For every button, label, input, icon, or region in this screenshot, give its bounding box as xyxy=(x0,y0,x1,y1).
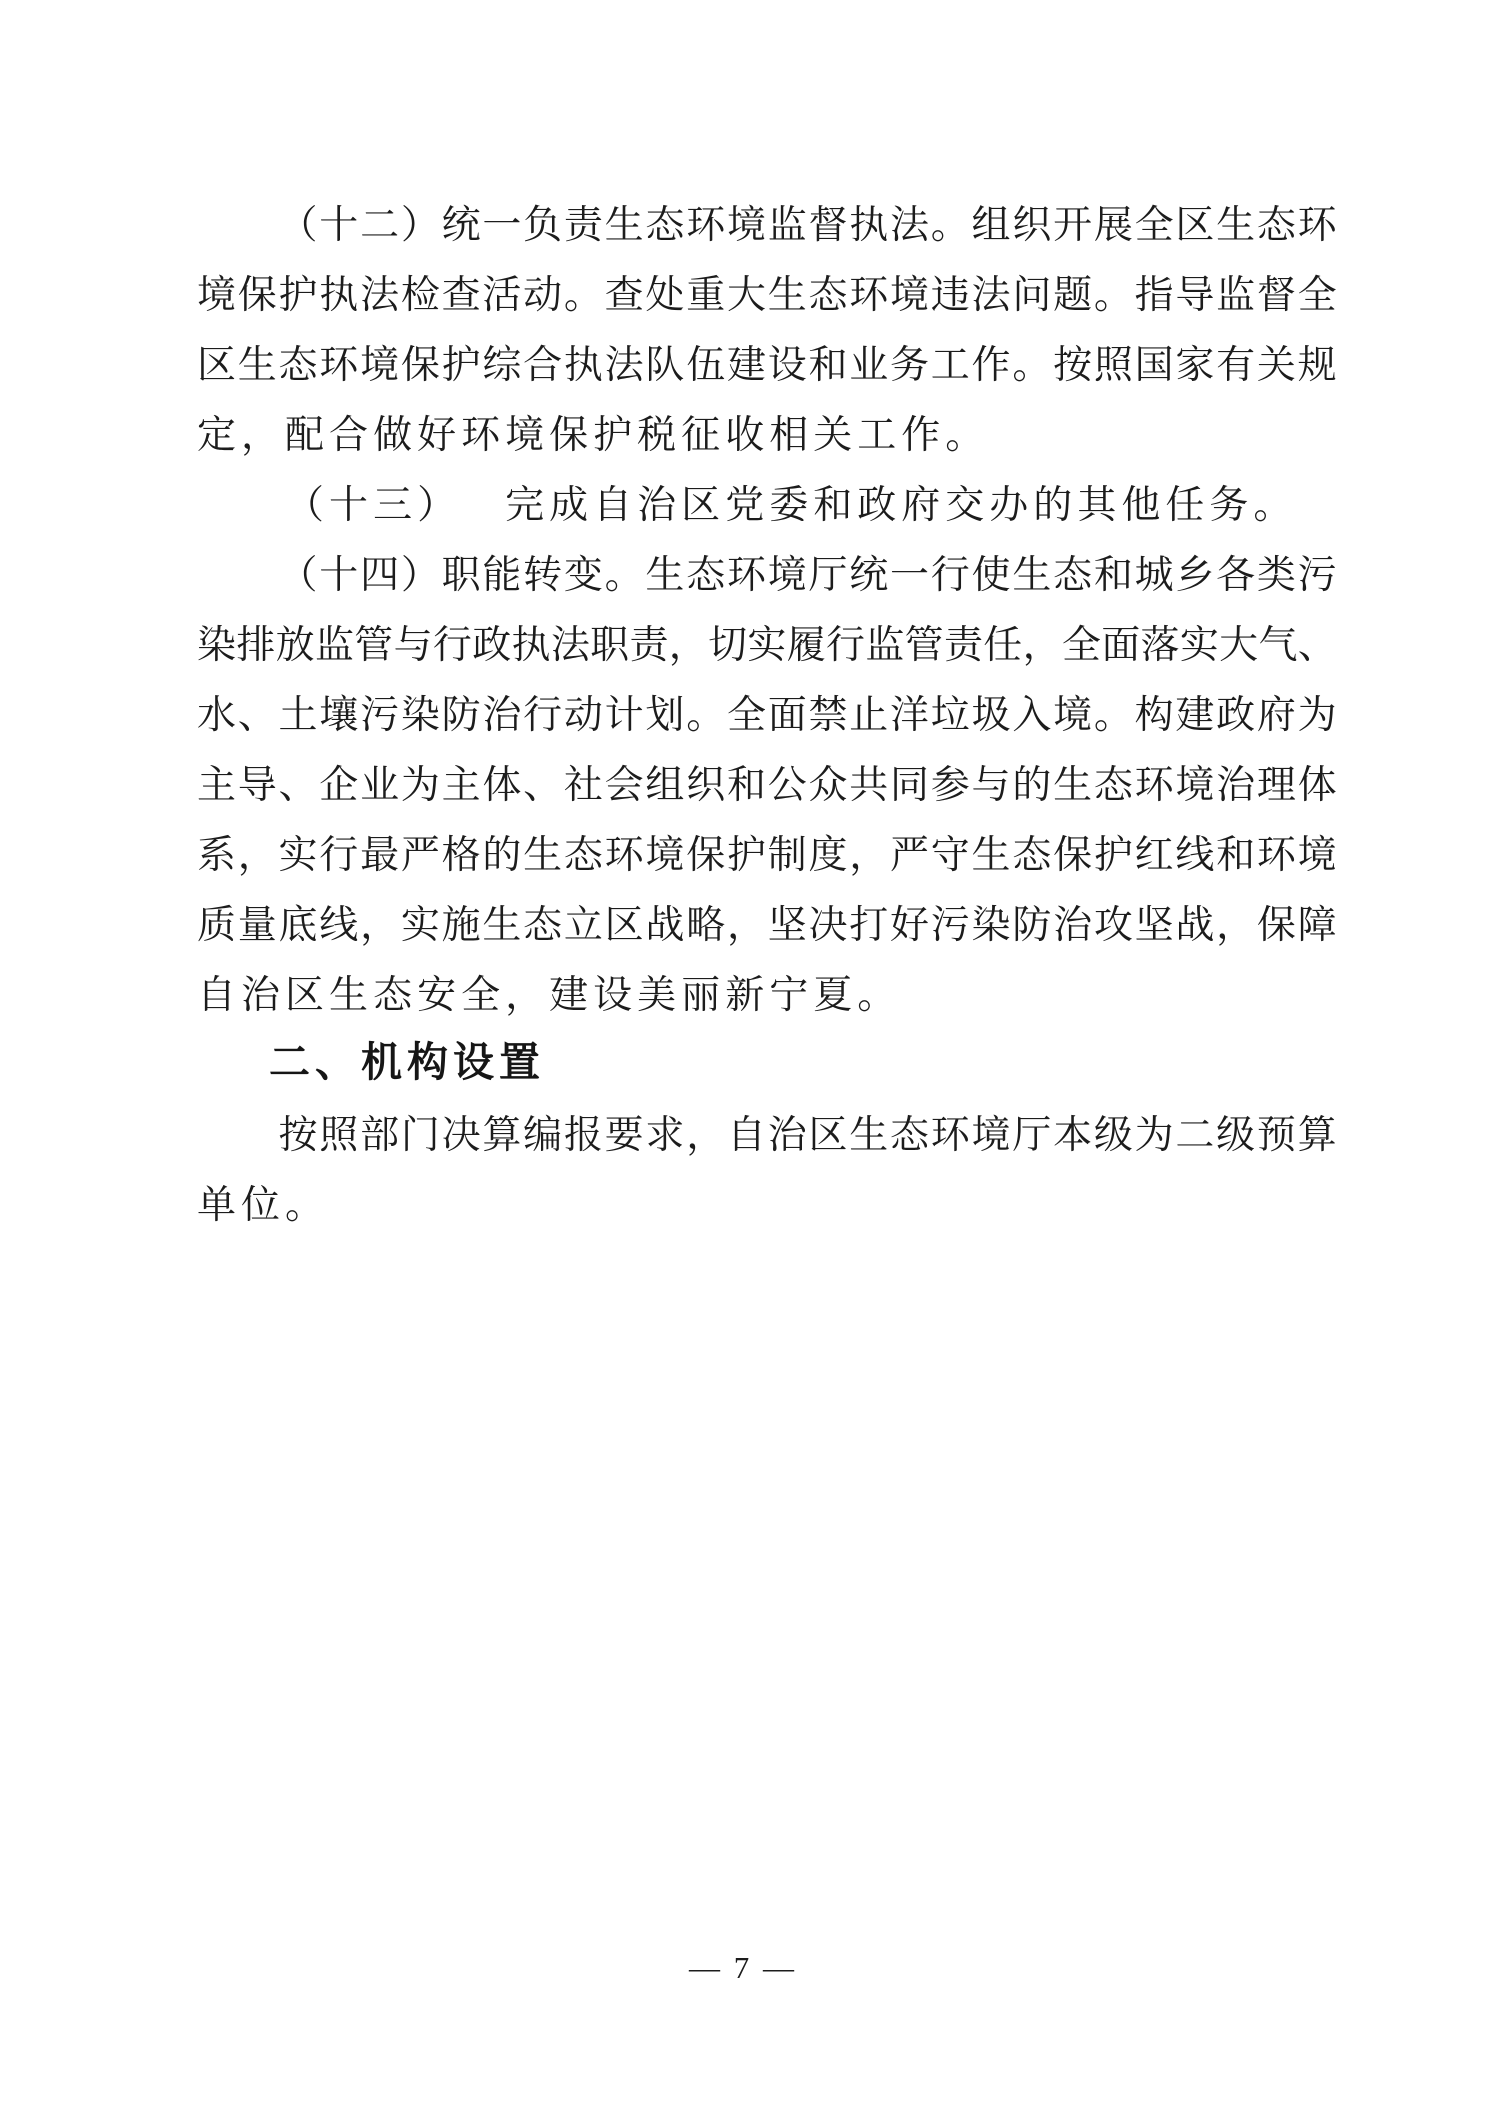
text-line: 单位。 xyxy=(197,1167,1337,1237)
page-footer: — 7 — xyxy=(0,1950,1486,1986)
text-line: 境保护执法检查活动。查处重大生态环境违法问题。指导监督全 xyxy=(197,257,1337,327)
text-line: 定，配合做好环境保护税征收相关工作。 xyxy=(197,397,1337,467)
paragraph-item-twelve: （十二）统一负责生态环境监督执法。组织开展全区生态环境保护执法检查活动。查处重大… xyxy=(197,187,1337,467)
text-line: 自治区生态安全，建设美丽新宁夏。 xyxy=(197,957,1337,1027)
text-line: 按照部门决算编报要求，自治区生态环境厅本级为二级预算 xyxy=(197,1097,1337,1167)
document-page: （十二）统一负责生态环境监督执法。组织开展全区生态环境保护执法检查活动。查处重大… xyxy=(0,0,1486,2103)
paragraph-item-thirteen: （十三） 完成自治区党委和政府交办的其他任务。 xyxy=(197,467,1337,537)
text-line: （十三） 完成自治区党委和政府交办的其他任务。 xyxy=(197,467,1337,537)
text-line: （十四）职能转变。生态环境厅统一行使生态和城乡各类污 xyxy=(197,537,1337,607)
text-line: 水、土壤污染防治行动计划。全面禁止洋垃圾入境。构建政府为 xyxy=(197,677,1337,747)
text-line: 染排放监管与行政执法职责，切实履行监管责任，全面落实大气、 xyxy=(197,607,1337,677)
page-number: — 7 — xyxy=(689,1950,797,1985)
section-heading-organization-setup: 二、机构设置 xyxy=(197,1027,1337,1097)
paragraph-budget-unit: 按照部门决算编报要求，自治区生态环境厅本级为二级预算单位。 xyxy=(197,1097,1337,1237)
text-line: 主导、企业为主体、社会组织和公众共同参与的生态环境治理体 xyxy=(197,747,1337,817)
text-line: （十二）统一负责生态环境监督执法。组织开展全区生态环 xyxy=(197,187,1337,257)
text-line: 系，实行最严格的生态环境保护制度，严守生态保护红线和环境 xyxy=(197,817,1337,887)
text-line: 质量底线，实施生态立区战略，坚决打好污染防治攻坚战，保障 xyxy=(197,887,1337,957)
text-line: 区生态环境保护综合执法队伍建设和业务工作。按照国家有关规 xyxy=(197,327,1337,397)
paragraph-item-fourteen: （十四）职能转变。生态环境厅统一行使生态和城乡各类污染排放监管与行政执法职责，切… xyxy=(197,537,1337,1027)
document-body: （十二）统一负责生态环境监督执法。组织开展全区生态环境保护执法检查活动。查处重大… xyxy=(197,187,1337,1237)
